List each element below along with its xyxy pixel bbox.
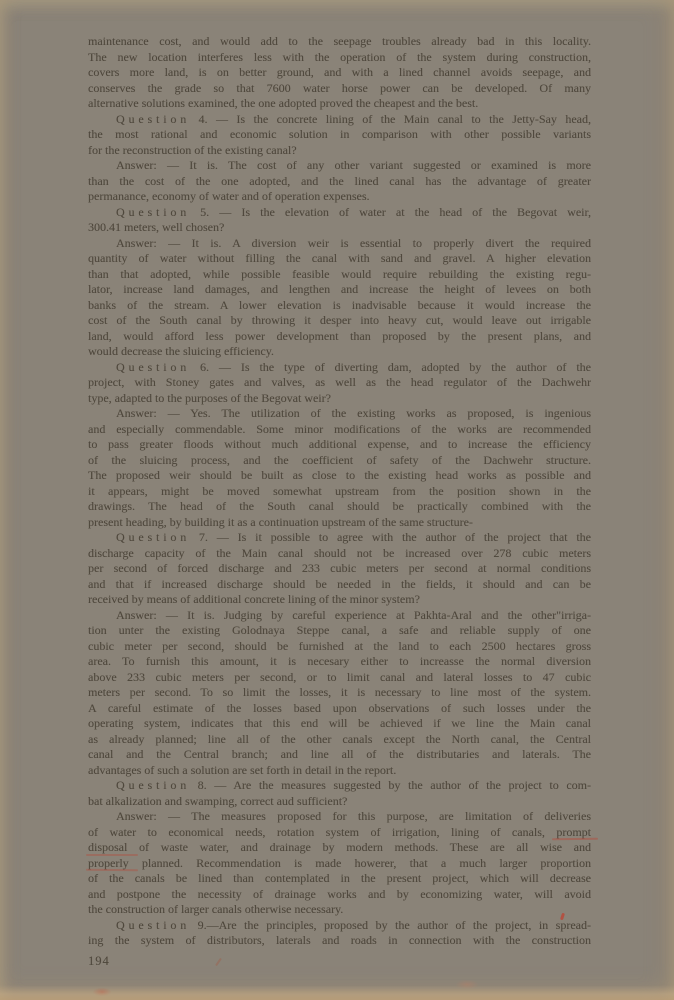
text-line: of the canals be lined than contemplated…	[88, 871, 591, 887]
text-line: and that if increased discharge should b…	[88, 577, 591, 593]
text-line: of water to economical needs, rotation s…	[88, 825, 591, 841]
text-line: cost of the South canal by throwing it d…	[88, 313, 591, 329]
question-line: Question 9.—Are the principles, proposed…	[88, 918, 591, 934]
text-line: land, would afford less power developmen…	[88, 329, 591, 345]
text-column: maintenance cost, and would add to the s…	[88, 34, 591, 949]
text-line: A careful estimate of the losses based u…	[88, 701, 591, 717]
text-line: to pass greater floods without much addi…	[88, 437, 591, 453]
text-line: project, with Stoney gates and valves, a…	[88, 375, 591, 391]
text-line: disposal of waste water, and drainage by…	[88, 840, 591, 856]
question-label: Question	[116, 112, 190, 126]
text-line: Answer: — It is. The cost of any other v…	[88, 158, 591, 174]
text-line: than that adopted, while possible feasib…	[88, 267, 591, 283]
question-label: Question	[116, 778, 190, 792]
text-line: the most rational and economic solution …	[88, 127, 591, 143]
text-line: properly planned. Recommendation is made…	[88, 856, 591, 872]
text-line: the construction of larger canals otherw…	[88, 902, 591, 918]
text-line: discharge capacity of the Main canal sho…	[88, 546, 591, 562]
text-line: The new location interferes less with th…	[88, 50, 591, 66]
text-line: present heading, by building it as a con…	[88, 515, 591, 531]
text-line: The proposed weir should be built as clo…	[88, 468, 591, 484]
text-line: advantages of such a solution are set fo…	[88, 763, 591, 779]
text-line: canal and the Central branch; and line a…	[88, 747, 591, 763]
text-line: meters per second. To so limit the losse…	[88, 685, 591, 701]
question-label: Question	[116, 530, 190, 544]
text-line: covers more land, is on better ground, a…	[88, 65, 591, 81]
question-line: Question 6. — Is the type of diverting d…	[88, 360, 591, 376]
text-line: conserves the grade so that 7600 water h…	[88, 81, 591, 97]
text-line: of the sluicing process, and the coeffic…	[88, 453, 591, 469]
text-line: 300.41 meters, well chosen?	[88, 220, 591, 236]
text-line: for the reconstruction of the existing c…	[88, 143, 591, 159]
text-line: drawings. The head of the South canal sh…	[88, 499, 591, 515]
text-line: tion unter the existing Golodnaya Steppe…	[88, 623, 591, 639]
text-line: than the cost of the one adopted, and th…	[88, 174, 591, 190]
text-line: quantity of water without filling the ca…	[88, 251, 591, 267]
text-line: type, adapted to the purposes of the Beg…	[88, 391, 591, 407]
text-line: cubic meter per second, should be furnis…	[88, 639, 591, 655]
text-line: Answer: — The measures proposed for this…	[88, 809, 591, 825]
text-line: and especially commendable. Some minor m…	[88, 422, 591, 438]
question-label: Question	[116, 205, 190, 219]
text-line: operating system, indicates that this en…	[88, 716, 591, 732]
text-line: bat alkalization and swamping, correct a…	[88, 794, 591, 810]
text-line: Answer: — It is. Judging by careful expe…	[88, 608, 591, 624]
text-line: and postpone the necessity of drainage w…	[88, 887, 591, 903]
question-line: Question 7. — Is it possible to agree wi…	[88, 530, 591, 546]
text-line: ing the system of distributors, laterals…	[88, 933, 591, 949]
question-label: Question	[116, 360, 190, 374]
text-line: per second of forced discharge and 233 c…	[88, 561, 591, 577]
text-line: lator, increase land damages, and length…	[88, 282, 591, 298]
page-bottom-edge	[0, 985, 674, 1000]
text-line: Answer: — Yes. The utilization of the ex…	[88, 406, 591, 422]
text-line: as already planned; line all of the othe…	[88, 732, 591, 748]
question-line: Question 4. — Is the concrete lining of …	[88, 112, 591, 128]
text-line: it appears, might be moved somewhat upst…	[88, 484, 591, 500]
text-line: alternative solutions examined, the one …	[88, 96, 591, 112]
text-line: Answer: — It is. A diversion weir is ess…	[88, 236, 591, 252]
question-label: Question	[116, 918, 190, 932]
text-line: banks of the stream. A lower elevation i…	[88, 298, 591, 314]
text-line: would decrease the sluicing efficiency.	[88, 344, 591, 360]
text-line: area. To furnish this amount, it is nece…	[88, 654, 591, 670]
text-line: maintenance cost, and would add to the s…	[88, 34, 591, 50]
question-line: Question 8. — Are the measures suggested…	[88, 778, 591, 794]
pencil-slash-artifact	[215, 958, 222, 967]
text-line: permanance, economy of water and of oper…	[88, 189, 591, 205]
text-line: above 233 cubic meters per second, or to…	[88, 670, 591, 686]
scanned-page: maintenance cost, and would add to the s…	[0, 0, 674, 1000]
question-line: Question 5. — Is the elevation of water …	[88, 205, 591, 221]
text-line: received by means of additional concrete…	[88, 592, 591, 608]
page-number: 194	[88, 954, 110, 969]
